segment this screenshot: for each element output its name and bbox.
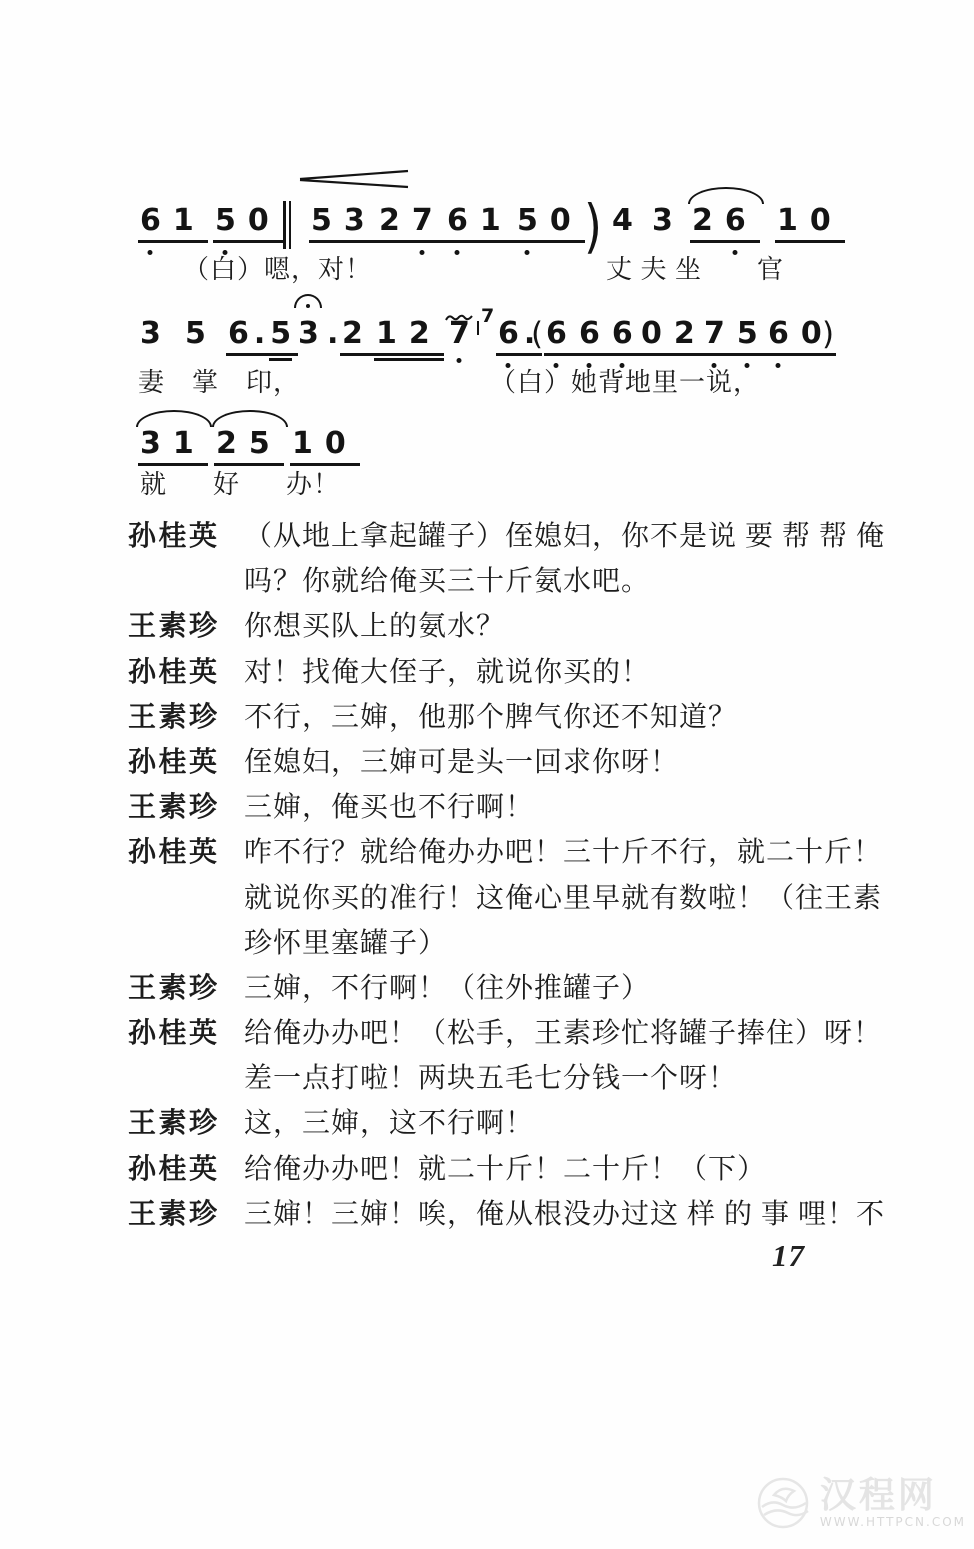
jianpu-digit: 6 [579, 318, 600, 350]
note-group: . [327, 318, 338, 350]
note-group: 66 [579, 318, 645, 350]
octave-dot [776, 363, 781, 368]
dialogue-row: 孙桂英（从地上拿起罐子）侄媳妇，你不是说 要 帮 帮 俺 [128, 514, 908, 559]
slur-arc [136, 410, 212, 427]
dialogue-line-text: 三婶，俺买也不行啊！ [244, 785, 534, 825]
jianpu-digit: 0 [248, 205, 269, 237]
dialogue-row: 孙桂英给俺办办吧！（松手，王素珍忙将罐子捧住）呀！ [128, 1011, 908, 1056]
jianpu-digit: 2 [379, 205, 400, 237]
paren-mark-group: ( [531, 317, 543, 351]
jianpu-digit: 0 [325, 428, 346, 460]
dialogue-line-text: 就说你买的准行！这俺心里早就有数啦！（往王素 [244, 876, 882, 916]
note-group: 3 [652, 205, 673, 237]
trill-mark [445, 298, 473, 330]
speaker-name: 孙桂英 [128, 514, 244, 554]
jianpu-digit: 5 [311, 205, 332, 237]
beam-underline [496, 353, 542, 356]
slur-arc [688, 187, 764, 204]
jianpu-digit: 6 [140, 205, 161, 237]
note-group: 25 [216, 428, 282, 460]
jianpu-digit: 7 [704, 318, 725, 350]
beam-underline [269, 358, 292, 361]
dialogue-row: 孙桂英对！找俺大侄子，就说你买的！ [128, 650, 908, 695]
jianpu-digit: 4 [612, 205, 633, 237]
dialogue-line-text: 三婶！三婶！唉，俺从根没办过这 样 的 事 哩！不 [244, 1192, 885, 1232]
page-number: 17 [772, 1238, 805, 1274]
hanchengwang-logo-icon [750, 1473, 816, 1533]
beam-underline [775, 240, 845, 243]
paren-mark: ( [531, 317, 543, 351]
note-group: 75 [704, 318, 770, 350]
beam-underline [374, 353, 444, 356]
note-group: 4 [612, 205, 633, 237]
speaker-name: 王素珍 [128, 785, 244, 825]
dialogue-line-text: 吗？你就给俺买三十斤氨水吧。 [244, 559, 650, 599]
jianpu-digit: 3 [344, 205, 365, 237]
note-group: 27 [379, 205, 445, 237]
note-group: 12 [376, 318, 442, 350]
dialogue-row: 吗？你就给俺买三十斤氨水吧。 [128, 559, 908, 604]
jianpu-digit: 5 [270, 318, 291, 350]
jianpu-digit: 1 [173, 205, 194, 237]
dialogue-row: 王素珍你想买队上的氨水？ [128, 604, 908, 649]
lyric-text: 办！ [286, 464, 340, 501]
jianpu-digit: 5 [737, 318, 758, 350]
dialogue-row: 差一点打啦！两块五毛七分钱一个呀！ [128, 1056, 908, 1101]
jianpu-digit: 3 [652, 205, 673, 237]
fermata-mark-dot [306, 304, 310, 308]
note-group: 6 [546, 318, 579, 350]
speaker-name: 孙桂英 [128, 740, 244, 780]
lyric-text: 好 [213, 464, 240, 501]
lyric-text: （白）嗯，对！ [183, 249, 372, 286]
jianpu-digit: 7 [481, 306, 494, 326]
jianpu-digit: 6 [447, 205, 468, 237]
watermark-text: 汉程网 WWW.HTTPCN.COM [820, 1477, 966, 1529]
note-group: 50 [517, 205, 583, 237]
speaker-name: 孙桂英 [128, 650, 244, 690]
jianpu-digit: 3 [140, 428, 161, 460]
dialogue-row: 王素珍三婶！三婶！唉，俺从根没办过这 样 的 事 哩！不 [128, 1192, 908, 1237]
beam-underline [544, 353, 581, 356]
speaker-name: 孙桂英 [128, 830, 244, 870]
beam-underline [309, 240, 379, 243]
jianpu-digit: 1 [777, 205, 798, 237]
beam-underline [138, 240, 208, 243]
beam-underline [377, 240, 447, 243]
dialogue-row: 孙桂英侄媳妇，三婶可是头一回求你呀！ [128, 740, 908, 785]
octave-dot [457, 358, 462, 363]
grace-note-stem [477, 321, 479, 335]
beam-underline [690, 240, 760, 243]
beam-underline [515, 240, 585, 243]
note-group: 61 [140, 205, 206, 237]
octave-dot [455, 250, 460, 255]
beam-underline [213, 240, 283, 243]
dialogue-row: 就说你买的准行！这俺心里早就有数啦！（往王素 [128, 876, 908, 921]
note-group: 53 [311, 205, 377, 237]
beam-underline [766, 353, 836, 356]
jianpu-digit: 3 [298, 318, 319, 350]
slur-arc [212, 410, 288, 427]
jianpu-digit: 1 [292, 428, 313, 460]
dialogue-row: 王素珍三婶，俺买也不行啊！ [128, 785, 908, 830]
octave-dot [733, 250, 738, 255]
score-page: 615053276150)432610（白）嗯，对！丈 夫 坐官356.53.2… [0, 0, 974, 1549]
jianpu-digit: 0 [801, 318, 822, 350]
speaker-name: 王素珍 [128, 695, 244, 735]
dialogue-line-text: 侄媳妇，三婶可是头一回求你呀！ [244, 740, 679, 780]
beam-underline [639, 353, 709, 356]
dialogue-line-text: 这，三婶，这不行啊！ [244, 1101, 534, 1141]
dialogue-row: 王素珍不行，三婶，他那个脾气你还不知道？ [128, 695, 908, 740]
dialogue-line-text: 差一点打啦！两块五毛七分钱一个呀！ [244, 1056, 737, 1096]
jianpu-digit: 6 [546, 318, 567, 350]
paren-mark: ) [584, 201, 602, 251]
beam-underline [577, 353, 647, 356]
dialogue-line-text: 给俺办办吧！就二十斤！二十斤！（下） [244, 1147, 766, 1187]
beam-underline [445, 240, 515, 243]
dialogue-row: 孙桂英咋不行？就给俺办办吧！三十斤不行，就二十斤！ [128, 830, 908, 875]
beam-underline [702, 353, 772, 356]
jianpu-digit: 7 [412, 205, 433, 237]
speaker-name: 孙桂英 [128, 1147, 244, 1187]
dialogue-line-text: 给俺办办吧！（松手，王素珍忙将罐子捧住）呀！ [244, 1011, 882, 1051]
paren-mark-group: ) [584, 201, 602, 241]
speaker-name: 王素珍 [128, 966, 244, 1006]
dialogue-line-text: （从地上拿起罐子）侄媳妇，你不是说 要 帮 帮 俺 [244, 514, 885, 554]
jianpu-digit: 5 [215, 205, 236, 237]
dialogue-line-text: 三婶，不行啊！（往外推罐子） [244, 966, 650, 1006]
jianpu-digit: 2 [342, 318, 363, 350]
lyric-text: 就 [140, 464, 167, 501]
note-group: 2 [342, 318, 375, 350]
note-group: 7 [449, 318, 470, 350]
paren-mark-group: ) [822, 317, 834, 351]
watermark: 汉程网 WWW.HTTPCN.COM [750, 1473, 966, 1533]
dialogue-row: 孙桂英给俺办办吧！就二十斤！二十斤！（下） [128, 1147, 908, 1192]
beam-underline [340, 353, 377, 356]
lyric-text: 丈 夫 坐 [606, 249, 702, 286]
dialogue-line-text: 你想买队上的氨水？ [244, 604, 505, 644]
speaker-name: 王素珍 [128, 1192, 244, 1232]
speaker-name: 王素珍 [128, 1101, 244, 1141]
watermark-site-url: WWW.HTTPCN.COM [820, 1515, 966, 1529]
jianpu-digit: 6 [768, 318, 789, 350]
jianpu-digit: 3 [140, 318, 161, 350]
jianpu-digit: 5 [185, 318, 206, 350]
note-group: 02 [641, 318, 707, 350]
jianpu-digit: 6 [498, 318, 519, 350]
jianpu-digit: 2 [216, 428, 237, 460]
jianpu-digit: 0 [550, 205, 571, 237]
speaker-name: 王素珍 [128, 604, 244, 644]
jianpu-digit: 0 [810, 205, 831, 237]
octave-dot [420, 250, 425, 255]
note-group: 6.5 [228, 318, 296, 350]
lyric-text: （白）她背地里一说， [490, 362, 760, 399]
dialogue-line-text: 不行，三婶，他那个脾气你还不知道？ [244, 695, 737, 735]
jianpu-digit: 6 [725, 205, 746, 237]
beam-underline [374, 358, 444, 361]
hairpin-mark [298, 168, 410, 195]
note-group: 31 [140, 428, 206, 460]
jianpu-digit: . [327, 318, 338, 350]
jianpu-digit: 2 [409, 318, 430, 350]
jianpu-digit: 2 [692, 205, 713, 237]
jianpu-digit: 1 [173, 428, 194, 460]
jianpu-digit: 7 [449, 318, 470, 350]
note-group: 26 [692, 205, 758, 237]
paren-mark: ) [822, 317, 834, 351]
jianpu-digit: 5 [517, 205, 538, 237]
jianpu-digit: 5 [249, 428, 270, 460]
jianpu-digit: 2 [674, 318, 695, 350]
speaker-name: 孙桂英 [128, 1011, 244, 1051]
octave-dot [525, 250, 530, 255]
double-barline [283, 201, 293, 249]
note-group: 3 [298, 318, 319, 350]
lyric-text: 官 [757, 249, 784, 286]
watermark-site-name: 汉程网 [820, 1477, 937, 1513]
dialogue-row: 王素珍三婶，不行啊！（往外推罐子） [128, 966, 908, 1011]
dialogue-line-text: 咋不行？就给俺办办吧！三十斤不行，就二十斤！ [244, 830, 882, 870]
jianpu-digit: 6 [612, 318, 633, 350]
jianpu-digit: . [254, 318, 265, 350]
note-group: 10 [292, 428, 358, 460]
beam-underline [226, 353, 298, 356]
octave-dot [148, 250, 153, 255]
note-group: 61 [447, 205, 513, 237]
note-group: 3 [140, 318, 161, 350]
note-group: 10 [777, 205, 843, 237]
note-group: 5 [185, 318, 206, 350]
dialogue-section: 孙桂英（从地上拿起罐子）侄媳妇，你不是说 要 帮 帮 俺吗？你就给俺买三十斤氨水… [128, 514, 908, 1237]
dialogue-row: 珍怀里塞罐子） [128, 921, 908, 966]
jianpu-digit: 1 [376, 318, 397, 350]
dialogue-line-text: 对！找俺大侄子，就说你买的！ [244, 650, 650, 690]
dialogue-row: 王素珍这，三婶，这不行啊！ [128, 1101, 908, 1146]
jianpu-digit: 6 [228, 318, 249, 350]
jianpu-digit: 0 [641, 318, 662, 350]
jianpu-digit: 1 [480, 205, 501, 237]
lyric-text: 妻 掌 印， [138, 362, 300, 399]
note-group: 50 [215, 205, 281, 237]
dialogue-line-text: 珍怀里塞罐子） [244, 921, 447, 961]
